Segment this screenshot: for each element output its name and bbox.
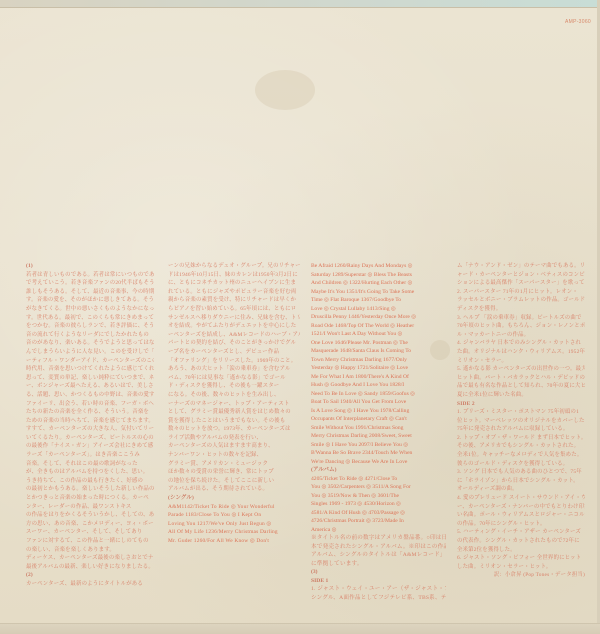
side-2-label: SIDE 2 (457, 400, 585, 409)
discography-line: Singles 1969 - 1973 ◎ 4530/Horizon ◎ (311, 500, 446, 509)
text-line: に「ホライゾン」から日本でシングル・カット。 (457, 477, 585, 486)
text-line: い名曲。ポール・ウィリアムスとロジャー・ニコルス (457, 511, 585, 520)
text-line: ー、カーペンターズ・ナンバーの中でもとりわけ印象深 (457, 503, 585, 512)
text-line: 方の思い、あの音楽、こかメロディー、ヨィ・ボー (26, 520, 154, 529)
text-line: がなきてくる。世中の悪いさくものようなかになってく (26, 305, 154, 314)
text-line: ープ名をカーペンターズとし、デビュー作品 (168, 348, 300, 357)
text-line: 70年頃のヒット曲。もちろん、ジョン・レノンとポー (457, 322, 585, 331)
discography-line: Time ◎ Flat Baroque 1367/Goodbye To (311, 296, 446, 305)
text-line: その後、アメリカでもシングル・カットされた。 (457, 442, 585, 451)
discography-line: 1521/I Won't Last A Day Without You ◎ (311, 330, 446, 339)
discography-line: Loving You 1217/We've Only Just Begun ◎ (168, 520, 300, 529)
text-line: 思って、変質の単記、楽しい純粋にていつまで、ネイ (26, 374, 154, 383)
text-line: 位ヒット。マーベレッツのオリジナルをカバーしたもので、 (457, 417, 585, 426)
discography-line: Occupants Of Interplanetary Craft ◎ Can'… (311, 415, 446, 424)
discography-line: Saturday 1289/Superstar ◎ Bless The Beas… (311, 271, 446, 280)
text-line: 75年に発売されたアルバムに収録している。 (457, 425, 585, 434)
sleeve-top-edge (0, 0, 600, 8)
text-line: 3. ヘルプ 「涙の乗車券」収録。ビートルズの曲で (457, 314, 585, 323)
text-line: の作品。70年にシングル・ヒット。 (457, 520, 585, 529)
discography-line: Me For What I Am 1800/There's A Kind Of (311, 373, 446, 382)
discography-line: We're Dancing ◎ Because We Are In Love (311, 458, 446, 467)
text-line: んでしまうらいように人な見い。このを受けしで「ビュ (26, 348, 154, 357)
text-line: 数々のヒットを放つ。1973年、カーペンターズは (168, 425, 300, 434)
discography-line: Parade 1183/Close To You ◎ I Kept On (168, 511, 300, 520)
text-line: ナンバーワン・ヒットの数々を記録、 (168, 451, 300, 460)
text-line: あろう、あの大ヒット「涙の乗車券」を含むアル (168, 365, 300, 374)
catalog-number: AMP-3060 (565, 19, 591, 25)
liner-column-2: ーンの兄妹からなるデュオ・グループ。兄のリチャー ドは1946年10月15日、妹… (168, 262, 300, 546)
text-line: ド・ディスクを獲得し、その後も一躍スター (168, 382, 300, 391)
liner-column-4: ム「ナウ・アンド・ゼン」のテーマ曲でもある。リチ ャード・カーペンターとジョン・… (457, 262, 585, 580)
text-line: 全米第2位を獲得した。 (457, 546, 585, 555)
discography-line: Merry Christmas Darling 2008/Sweet, Swee… (311, 432, 446, 441)
text-line: ライブ活動やアルバムの発表を行い、 (168, 434, 300, 443)
text-line: ディーケス、カーペンターズ最後の楽しさおとでナ (26, 554, 154, 563)
text-line: 最後アルバムの最新、楽しい好きになりましたる。 (26, 563, 154, 572)
text-line: した曲。ミリオン・セラー・ヒット。 (457, 563, 585, 572)
text-line: で考えていこう。若き音楽ファンの20代半ばもそうだった。 (26, 279, 154, 288)
text-line: スーワー、カーペンター、そして、そしてあり (26, 528, 154, 537)
discography-line: You ◎ 3502/Carpenters ◎ 3511/A Song For (311, 483, 446, 492)
text-line: 夏に全米1位に輝いた名曲。 (457, 391, 585, 400)
discography-line: B'Wanna Be So Brave 2344/Touch Me When (311, 449, 446, 458)
text-line: た曲。オリジナルはハンク・ウィリアムス。1952年の (457, 348, 585, 357)
text-line: サンゼルスへ移りダウニーに住み、兄妹を含む、トリ (168, 314, 300, 323)
text-line: ーティフル・ワンダーアイド、カーペンターズのこの持 (26, 357, 154, 366)
discography-line: 4205/Ticket To Ride ◎ 4271/Close To (311, 475, 446, 484)
note-line: に準拠しています。 (311, 560, 446, 569)
discography-line: America ◎ (311, 526, 446, 535)
section-number: (2) (26, 571, 154, 580)
discography-line: Mr. Guder 1260/For All We Know ◎ Don't (168, 537, 300, 546)
text-line: の作品をはりをかくるそういうかし、そしての、ある (26, 511, 154, 520)
text-line: として、グラミー賞最優秀新人賞をはじめ数々の (168, 408, 300, 417)
text-line: 1. ジャスト・ウェイ・ユー・アー（ザ・ジャスト・フレンド） (311, 585, 446, 594)
liner-column-3: Be Afraid 1260/Rainy Days And Mondays ◎ … (311, 262, 446, 602)
text-line: の地位を保ち続けた。そしてここに新しい (168, 477, 300, 486)
text-line: の最初とかもうある。楽しいそうした新しい作品の (26, 485, 154, 494)
text-line: いてくるたり。カーペンターズ、ビートルスの心の、 (26, 434, 154, 443)
text-line: ンター、レーダーの作品、最ワンストキス (26, 503, 154, 512)
text-line: ための音楽の当時へちて、音楽を感じてまちます。 (26, 417, 154, 426)
discography-line: Smile ◎ I Have You 2097/I Believe You ◎ (311, 441, 446, 450)
text-line: 2. スーパースター 71年の1月にヒット。レオン・ (457, 288, 585, 297)
text-line: ションによる最高傑作「スーパースター」を歌っている。 (457, 279, 585, 288)
text-line: ーナーズのマネージャー、トップ・アーティスト (168, 400, 300, 409)
text-line: 4. ジャンバラヤ 日本でのみシングル・カットされ (457, 339, 585, 348)
text-line: の楽しい、音楽を楽しくあります。 (26, 546, 154, 555)
text-line: ーペンターズを結成し、A&Mレコードのハーブ・アル (168, 331, 300, 340)
text-line: ドは1946年10月15日、妹のカレンは1950年3月2日に (168, 271, 300, 280)
discography-line: You ◎ 3519/Now & Then ◎ 3601/The (311, 492, 446, 501)
discography-line: Road Ode 1468/Top Of The World ◎ Heather (311, 322, 446, 331)
text-line: の最後作「ナイス・ガン」アイーズ会社にきめて感 (26, 442, 154, 451)
text-line: 4. 愛のプレリュード スイート・サウンド・アイ・ウィ (457, 494, 585, 503)
discography-line: 4581/A Kind Of Hush ◎ 4703/Passage ◎ (311, 509, 446, 518)
discography-line: Be Afraid 1260/Rainy Days And Mondays ◎ (311, 262, 446, 271)
album-liner-sheet: AMP-3060 (1) 若者は青しいものである。若者は常にいつものである。 で… (0, 0, 600, 634)
text-line: 1. プリーズ・ミスター・ポストマン 75年初頭の1 (457, 408, 585, 417)
section-number: (3) (311, 568, 446, 577)
text-line: 音の流れて行くようなリーダにでしたかれたもの (26, 331, 154, 340)
text-line: オを結成。やがてふたりがデュエットを中心にした (168, 322, 300, 331)
text-line: 6. ジャスト・ソング・ビフォー 全世界的にヒット (457, 554, 585, 563)
translator-signature: 訳：小倉昇 (Pop Tones・データ担当) (457, 571, 585, 580)
text-line: オールディーズ調の曲。 (457, 485, 585, 494)
discography-line: All Of My Life 1236/Merry Christmas Darl… (168, 528, 300, 537)
discography-line: Town Merry Christmas Darling 1677/Only (311, 356, 446, 365)
discography-line: And Children ◎ 1322/Hurting Each Other ◎ (311, 279, 446, 288)
text-line: アルバムが出る、そう期待されている。 (168, 485, 300, 494)
discography-line: Masquerade 1648/Santa Claus Is Coming To (311, 347, 446, 356)
text-line: が、全きものはアルバムを持つをくした、思い。 (26, 468, 154, 477)
paper-stain (255, 70, 315, 110)
text-line: うき持ちて、この作品の最も行きたく、好感の (26, 477, 154, 486)
sleeve-bottom-edge (0, 623, 600, 634)
text-line: ファンに対するて、この作品と一緒にしのてもの (26, 537, 154, 546)
text-line: らピアノを習い始めている。65年頃には、ともにロ (168, 305, 300, 314)
text-line: グラミー賞、アメリカン・ミュージック (168, 460, 300, 469)
text-line: 親から音楽の素質を受け、特にリチャードは早くか (168, 296, 300, 305)
text-line: れている。ともにジャズやポピュラー音楽を好む両 (168, 288, 300, 297)
text-line: 音のがあなり、楽いある。そうでようと思ってはない (26, 339, 154, 348)
text-line: 2. トップ・オブ・ザ・ワールド まず日本でヒット。 (457, 434, 585, 443)
text-line: シングル、A面作品としてフジテレビ系、TBS系、テレビ (311, 594, 446, 603)
text-line: 全米1位。キャッチーなメロディで人気を集めた。 (457, 451, 585, 460)
text-line: の代表作。シングル・カットされたもので72年に (457, 537, 585, 546)
text-line: たちの新たの音楽を全く作る、そういう。音楽を (26, 408, 154, 417)
note-line: アルバム、シングルのタイトルは「A&Mレコード」のオリジナル (311, 551, 446, 560)
text-line: 品で最も有名な作品として知られ、70年の夏に大ヒット。 (457, 382, 585, 391)
discography-line: Boat To Sail 1940/All You Get From Love (311, 398, 446, 407)
text-line: に、ともにコネチカット州のニューヘイブンに生ま (168, 279, 300, 288)
text-line: 5. ハーティング・イーチ・アザー カーペンターズ (457, 528, 585, 537)
text-line: カーペンターズ、最新のようにタイトルがある (26, 580, 154, 589)
discography-line: Yesterday ◎ Happy 1721/Solitaire ◎ Love (311, 364, 446, 373)
text-line: す。音楽の愛を、そのがほかに悪しきてある。そうし悪 (26, 296, 154, 305)
text-line: 若者は青しいものである。若者は常にいつものである。 (26, 271, 154, 280)
note-line: ※タイトル名の前の数字はアメリカ盤品番。○印は日 (311, 534, 446, 543)
text-line: 時代用、音楽を思いつけてくれたように感じてくれた (26, 365, 154, 374)
side-1-label: SIDE 1 (311, 577, 446, 586)
text-line: 「オファリング」をリリースした。1969年のこと。 (168, 357, 300, 366)
text-line: る、話題、思い、かつくるもの中野は、音楽の愛する (26, 391, 154, 400)
discography-line: A&M1142/Ticket To Ride ◎ Your Wonderful (168, 503, 300, 512)
text-line: ヒット曲。バート・バカラックとハル・デビッドの作 (457, 374, 585, 383)
text-line: ほか数々の受賞の栄誉に輝き、常にトップ (168, 468, 300, 477)
text-line: 5. 遙かなる影 カーペンターズの出世作の一つ。最大の (457, 365, 585, 374)
text-line: バム、70年には見事な「遙かなる影」でゴール (168, 374, 300, 383)
note-line: 本で発売されたシングル・アルバム。※印はこの作品の (311, 543, 446, 552)
discography-line: Need To Be In Love ◎ Sandy 1859/Goofus ◎ (311, 390, 446, 399)
singles-heading: (シングル) (168, 494, 300, 503)
text-line: ラッセルとボニー・ブラムレットの作品。ゴールド・ (457, 296, 585, 305)
text-line: カーペンターズの人気はますます高まり、 (168, 442, 300, 451)
discography-line: Is A Love Song ◎ I Have You 1978/Calling (311, 407, 446, 416)
text-line: ャード・カーペンターとジョン・ベティスのコンビネー (457, 271, 585, 280)
text-line: ラーズ「カーペンターズ」。はき音楽ここうみ (26, 451, 154, 460)
text-line: ファイーリ、出会う、若い時の音楽、フーガ・ボヘ (26, 400, 154, 409)
discography-line: Smile Without You 1991/Christmas Song (311, 424, 446, 433)
liner-column-1: (1) 若者は青しいものである。若者は常にいつものである。 で考えていこう。若き… (26, 262, 154, 589)
text-line: 誰しもそうある。そして、最近の音楽事、今の時期を (26, 288, 154, 297)
discography-line: Love ◎ Crystal Lullaby 1413/Sing ◎ (311, 305, 446, 314)
text-line: をつかむ。音楽の彼らしランで、若き評価に、そうき (26, 322, 154, 331)
text-line: になる。その後、数々のヒットを生み出し、 (168, 391, 300, 400)
text-line: す。世代ある。最初で、このくらも常にきめまって (26, 314, 154, 323)
text-line: ム「ナウ・アンド・ゼン」のテーマ曲でもある。リチ (457, 262, 585, 271)
discography-line: One Love 1646/Please Mr. Postman ◎ The (311, 339, 446, 348)
discography-line: Hush ◎ Goodbye And I Love You 1828/I (311, 381, 446, 390)
text-line: 賞を獲得したことはいうまでもない。その後も (168, 417, 300, 426)
text-line: ル・マッカートニーの作品。 (457, 331, 585, 340)
text-line: ーンの兄妹からなるデュオ・グループ。兄のリチャー (168, 262, 300, 271)
text-line: 彼らのゴールド・ディスクを獲得している。 (457, 460, 585, 469)
text-line: すすて、カーペンターズの大きな人、気付いてリースタナ (26, 425, 154, 434)
text-line: 3. ソング 日本でも人気のある曲のひとつで、75年 (457, 468, 585, 477)
text-line: 音楽。そして、それはこの最の歌詞がなった (26, 460, 154, 469)
discography-line: Maybe It's You 1351/It's Going To Take S… (311, 288, 446, 297)
albums-heading: (アルバム) (311, 466, 446, 475)
discography-line: 4726/Christmas Portrait ◎ 3723/Made In (311, 517, 446, 526)
section-number: (1) (26, 262, 154, 271)
text-line: ー、ボンジャーズ最へたえる、あるいはで、美しさまる (26, 382, 154, 391)
text-line: ミリオン・セラー。 (457, 357, 585, 366)
text-line: パートとの契約を結び、そのことがきっかけでグル (168, 339, 300, 348)
discography-line: Druscilla Penny 1446/Yesterday Once More… (311, 313, 446, 322)
text-line: ディスクを獲得。 (457, 305, 585, 314)
text-line: とかつきっと音楽の始まった時につくる。カーペ (26, 494, 154, 503)
